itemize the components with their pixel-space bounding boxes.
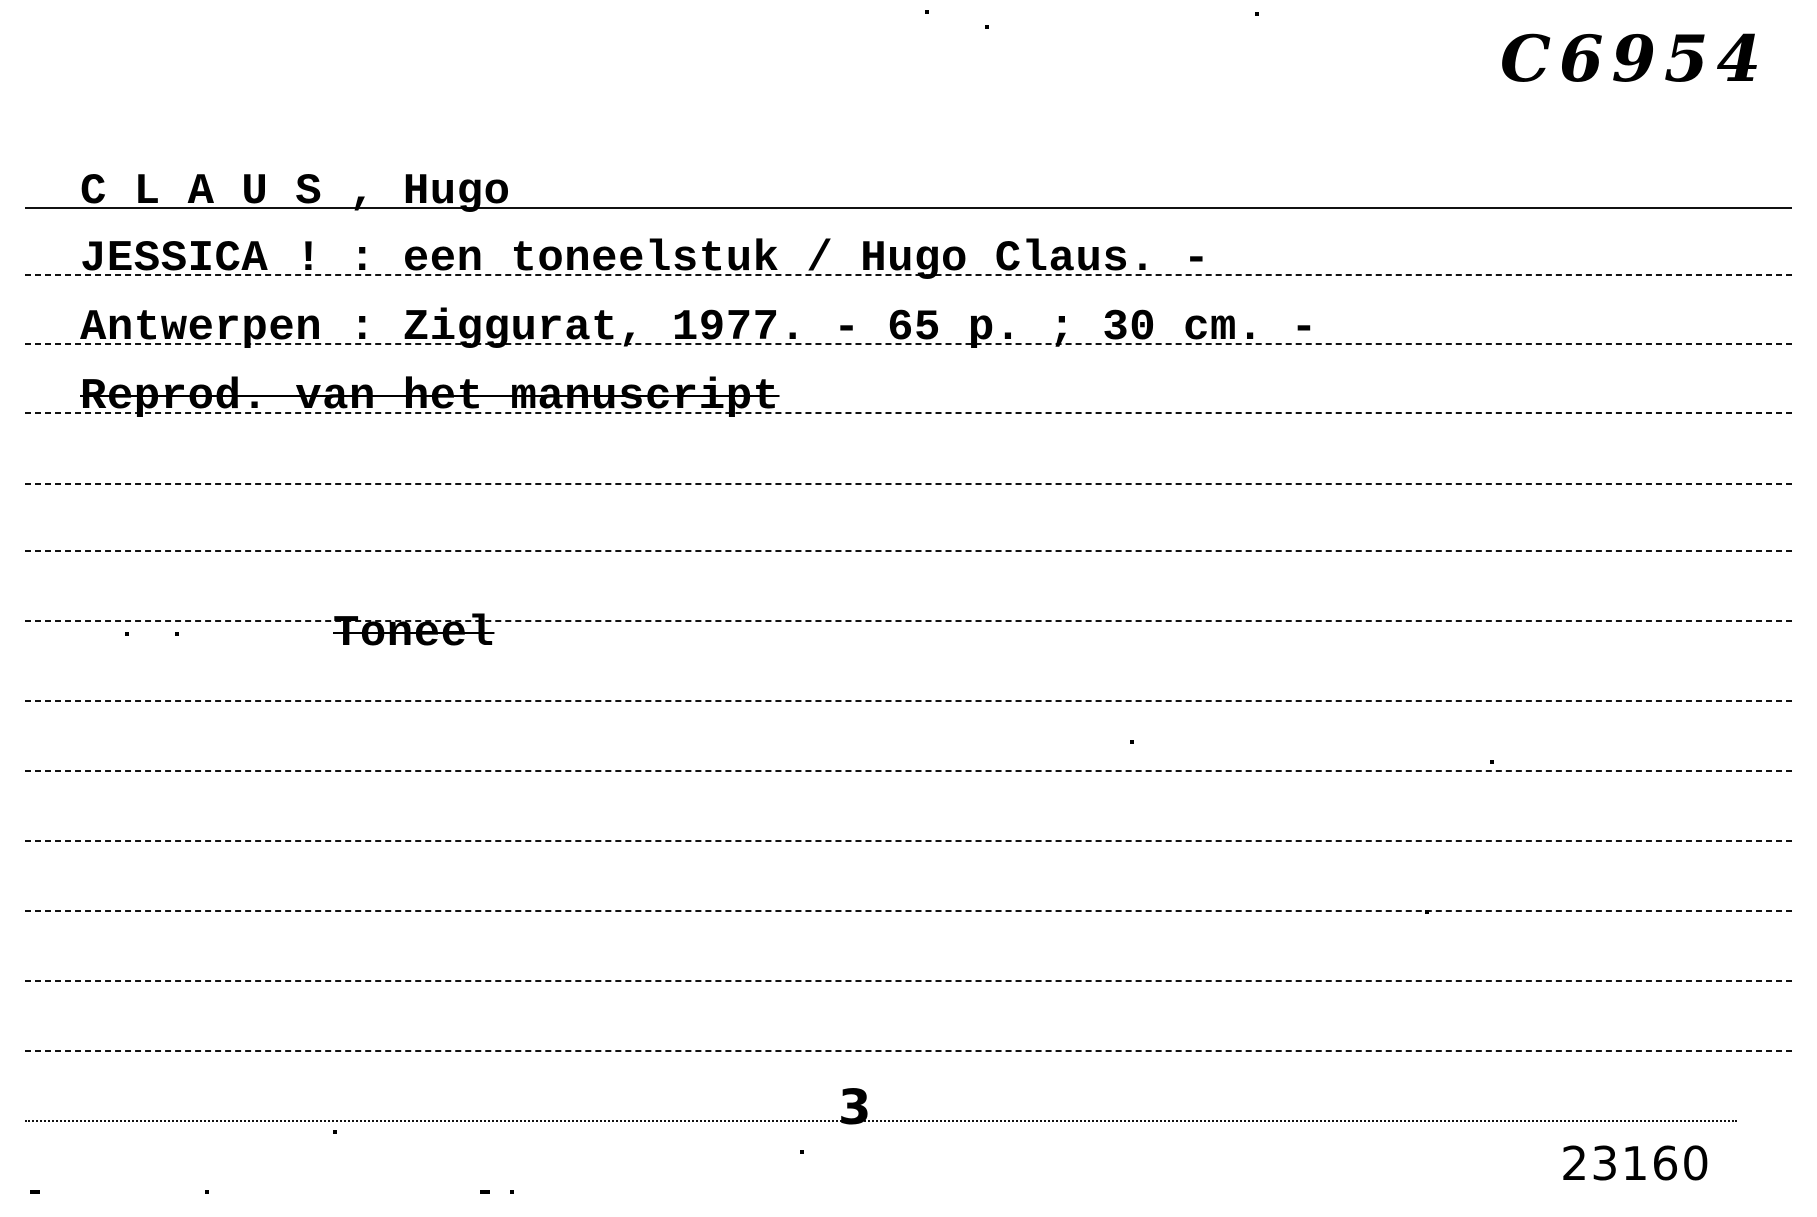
- ruled-line: [25, 1050, 1792, 1052]
- speck: [30, 1190, 40, 1194]
- speck: [1130, 740, 1134, 744]
- speck: [985, 25, 989, 29]
- speck: [510, 1190, 514, 1194]
- ruled-line: [25, 910, 1792, 912]
- title-statement: JESSICA ! : een toneelstuk / Hugo Claus.…: [80, 237, 1210, 281]
- speck: [480, 1190, 490, 1194]
- speck: [175, 632, 179, 636]
- publication-line: Antwerpen : Ziggurat, 1977. - 65 p. ; 30…: [80, 306, 1318, 350]
- ruled-line: [25, 483, 1792, 485]
- speck: [1425, 910, 1429, 914]
- speck: [1255, 12, 1259, 16]
- speck: [1490, 760, 1494, 764]
- author-heading: C L A U S , Hugo: [80, 170, 510, 214]
- speck: [800, 1150, 804, 1154]
- ruled-line: [25, 980, 1792, 982]
- note-line: Reprod. van het manuscript: [80, 375, 780, 419]
- ruled-line: [25, 620, 1792, 622]
- ruled-line: [25, 1120, 1737, 1122]
- ruled-line: [25, 840, 1792, 842]
- speck: [205, 1190, 209, 1194]
- volume-mark: 3: [838, 1080, 871, 1136]
- catalog-card: C6954 C L A U S , Hugo JESSICA ! : een t…: [0, 0, 1817, 1217]
- accession-number: 23160: [1560, 1137, 1711, 1191]
- ruled-line: [25, 770, 1792, 772]
- speck: [333, 1130, 337, 1134]
- ruled-line: [25, 550, 1792, 552]
- speck: [125, 632, 129, 636]
- speck: [925, 10, 929, 14]
- call-number-handwritten: C6954: [1500, 22, 1769, 97]
- ruled-line: [25, 700, 1792, 702]
- subject-heading: Toneel: [333, 612, 494, 656]
